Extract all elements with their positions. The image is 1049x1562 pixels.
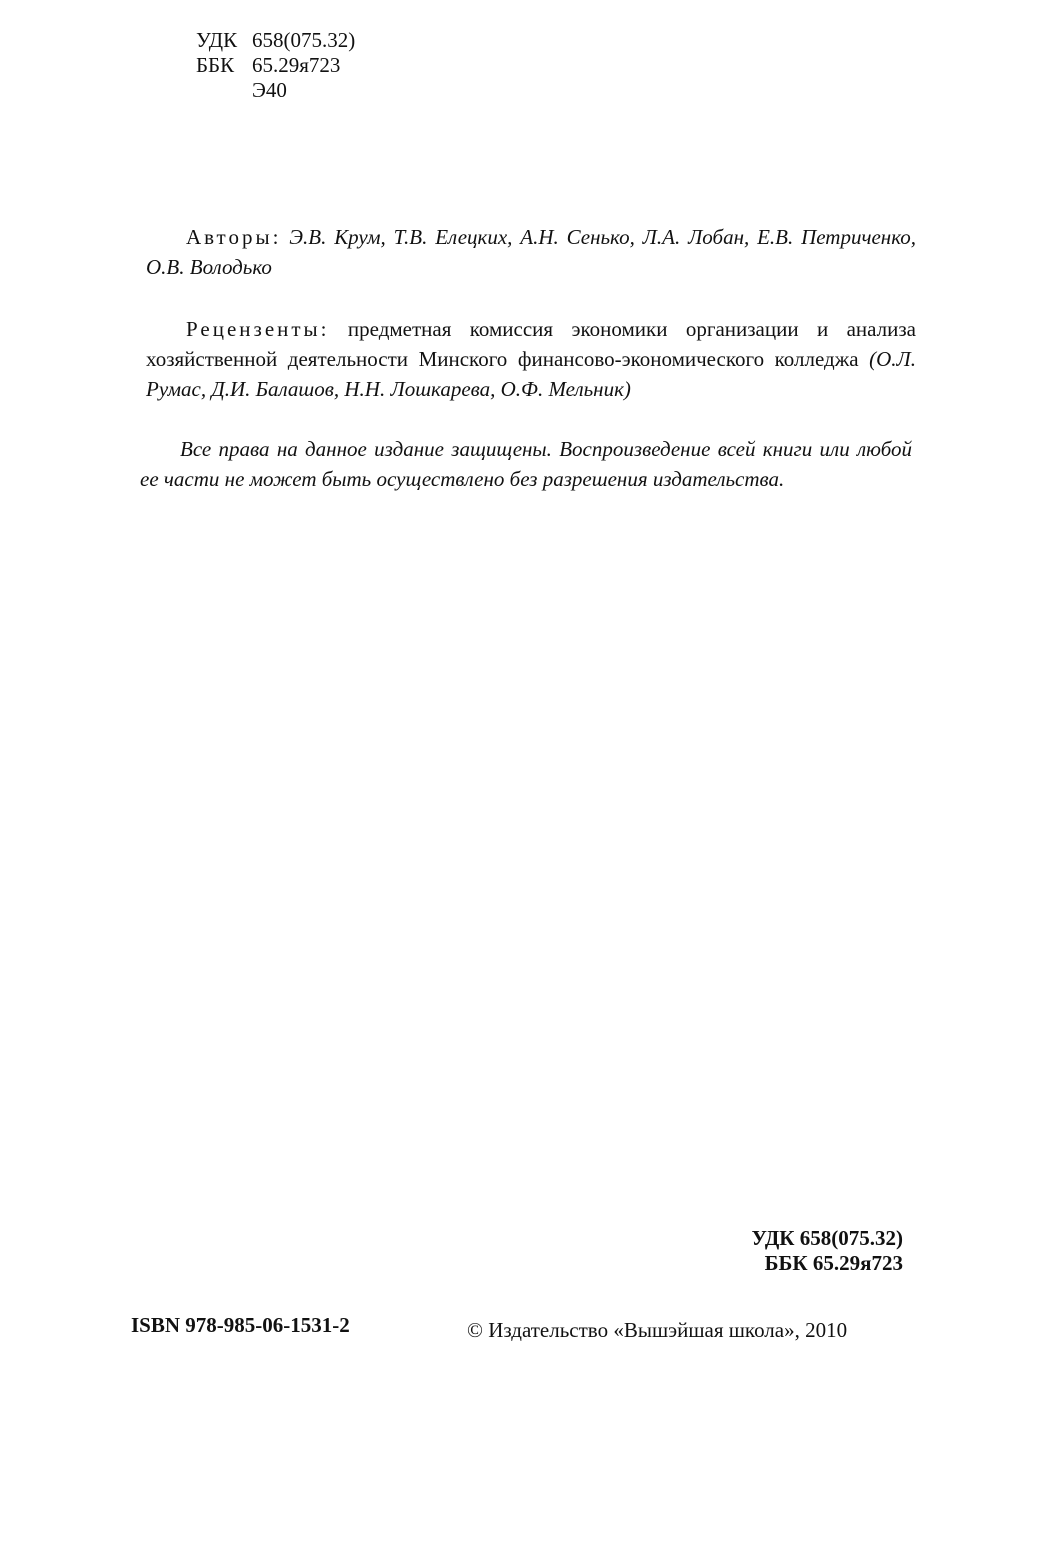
isbn: ISBN 978-985-06-1531-2 [131,1313,350,1338]
author-mark: Э40 [196,78,355,103]
copyright: © Издательство «Вышэйшая школа», 2010 [467,1318,847,1343]
udk-label: УДК [196,28,252,53]
rights-notice-text: Все права на данное издание защищены. Во… [140,437,912,491]
reviewers-paragraph: Рецензенты: предметная комиссия экономик… [146,314,916,404]
bbk-value: 65.29я723 [252,53,340,78]
authors-label: Авторы: [186,225,281,249]
classification-codes-top: УДК 658(075.32) ББК 65.29я723 Э40 [196,28,355,103]
udk-value: 658(075.32) [252,28,355,53]
udk-row: УДК 658(075.32) [196,28,355,53]
rights-notice: Все права на данное издание защищены. Во… [140,434,912,494]
authors-paragraph: Авторы: Э.В. Крум, Т.В. Елецких, А.Н. Се… [146,222,916,282]
classification-codes-bottom: УДК 658(075.32) ББК 65.29я723 [752,1226,903,1276]
bbk-bottom: ББК 65.29я723 [752,1251,903,1276]
bbk-row: ББК 65.29я723 [196,53,355,78]
bbk-label: ББК [196,53,252,78]
reviewers-label: Рецензенты: [186,317,330,341]
udk-bottom: УДК 658(075.32) [752,1226,903,1251]
